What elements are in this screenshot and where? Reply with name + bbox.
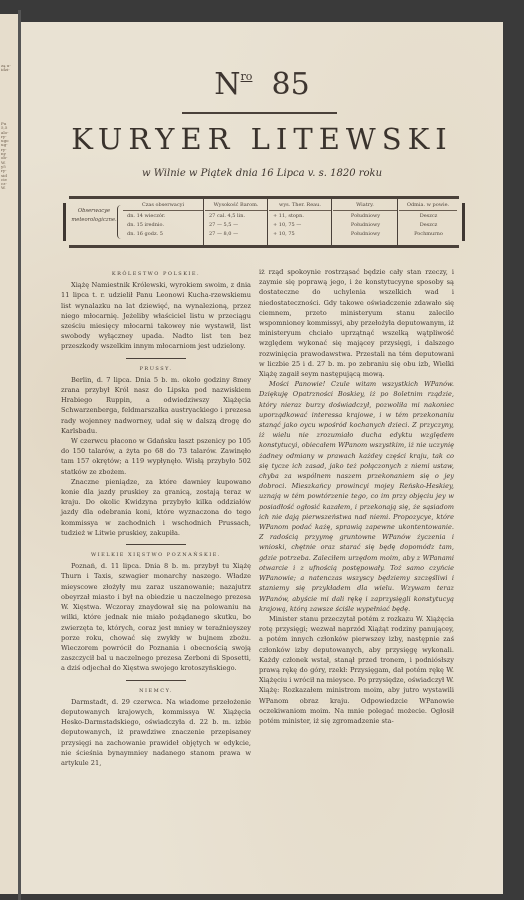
article-paragraph: Minister stanu przeczytał potém z rozkaz…	[259, 614, 454, 726]
section-heading: NIEMCY.	[61, 686, 251, 696]
right-column: iż rząd spokoynie rostrząsać będzie cały…	[259, 267, 454, 726]
meteorological-table: Obserwacye meteorologiczne. Czas obserwa…	[69, 196, 459, 248]
speech-paragraph: Mości Panowie! Czule witam wszystkich WP…	[259, 379, 454, 614]
table-border	[63, 203, 66, 241]
article-paragraph: Znaczne pieniądze, za które dawniey kupo…	[61, 477, 251, 538]
table-label: Obserwacye meteorologiczne.	[71, 207, 117, 225]
left-column: KRÓLESTWO POLSKIE. Xiążę Namiestnik Król…	[61, 267, 251, 768]
masthead-title: KURYER LITEWSKI	[21, 122, 503, 156]
article-paragraph: Xiążę Namiestnik Królewski, wyrokiem swo…	[61, 280, 251, 351]
article-paragraph: W czerwcu płacono w Gdańsku łaszt pszeni…	[61, 436, 251, 477]
dateline: w Wilnie w Piątek dnia 16 Lipca v. s. 18…	[21, 168, 503, 179]
column-wind: Wiatry. Południowy Południowy Południowy	[333, 199, 398, 245]
adjacent-page-text: Pu 5,5 alo- ry- ugo ug- ry- ny ob- W. y5…	[1, 122, 9, 191]
section-heading: KRÓLESTWO POLSKIE.	[61, 269, 251, 279]
article-paragraph: Berlin, d. 7 lipca. Dnia 5 b. m. około g…	[61, 375, 251, 436]
column-thermometer: wys. Ther. Reau. + 11, stopn. + 10, 75 —…	[269, 199, 332, 245]
column-barometer: Wysokość Barom. 27 cal. 4,5 lin. 27 — 5,…	[205, 199, 268, 245]
newspaper-page: Nro 85 KURYER LITEWSKI w Wilnie w Piątek…	[21, 22, 503, 894]
issue-number: Nro 85	[21, 67, 503, 102]
column-time: Czas obserwacyi dn. 14 wieczór. dn. 15 i…	[123, 199, 204, 245]
brace	[117, 205, 122, 239]
article-paragraph: iż rząd spokoynie rostrząsać będzie cały…	[259, 267, 454, 379]
article-paragraph: Darmstadt, d. 29 czerwca. Na wiadome prz…	[61, 697, 251, 768]
title-rule	[182, 112, 337, 114]
table-border	[462, 203, 465, 241]
section-heading: WIELKIE XIĘSTWO POZNAŃSKIE.	[61, 550, 251, 560]
article-paragraph: Poznań, d. 11 lipca. Dnia 8 b. m. przyby…	[61, 561, 251, 673]
section-divider	[126, 680, 186, 681]
column-weather: Odmia. w powie. Deszcz Deszcz Pochmurno	[399, 199, 457, 245]
section-heading: PRUSSY.	[61, 364, 251, 374]
section-divider	[126, 358, 186, 359]
adjacent-page-edge: zą u- idzi- Pu 5,5 alo- ry- ugo ug- ry- …	[0, 14, 18, 894]
section-divider	[126, 544, 186, 545]
adjacent-page-text: zą u- idzi-	[1, 64, 11, 73]
